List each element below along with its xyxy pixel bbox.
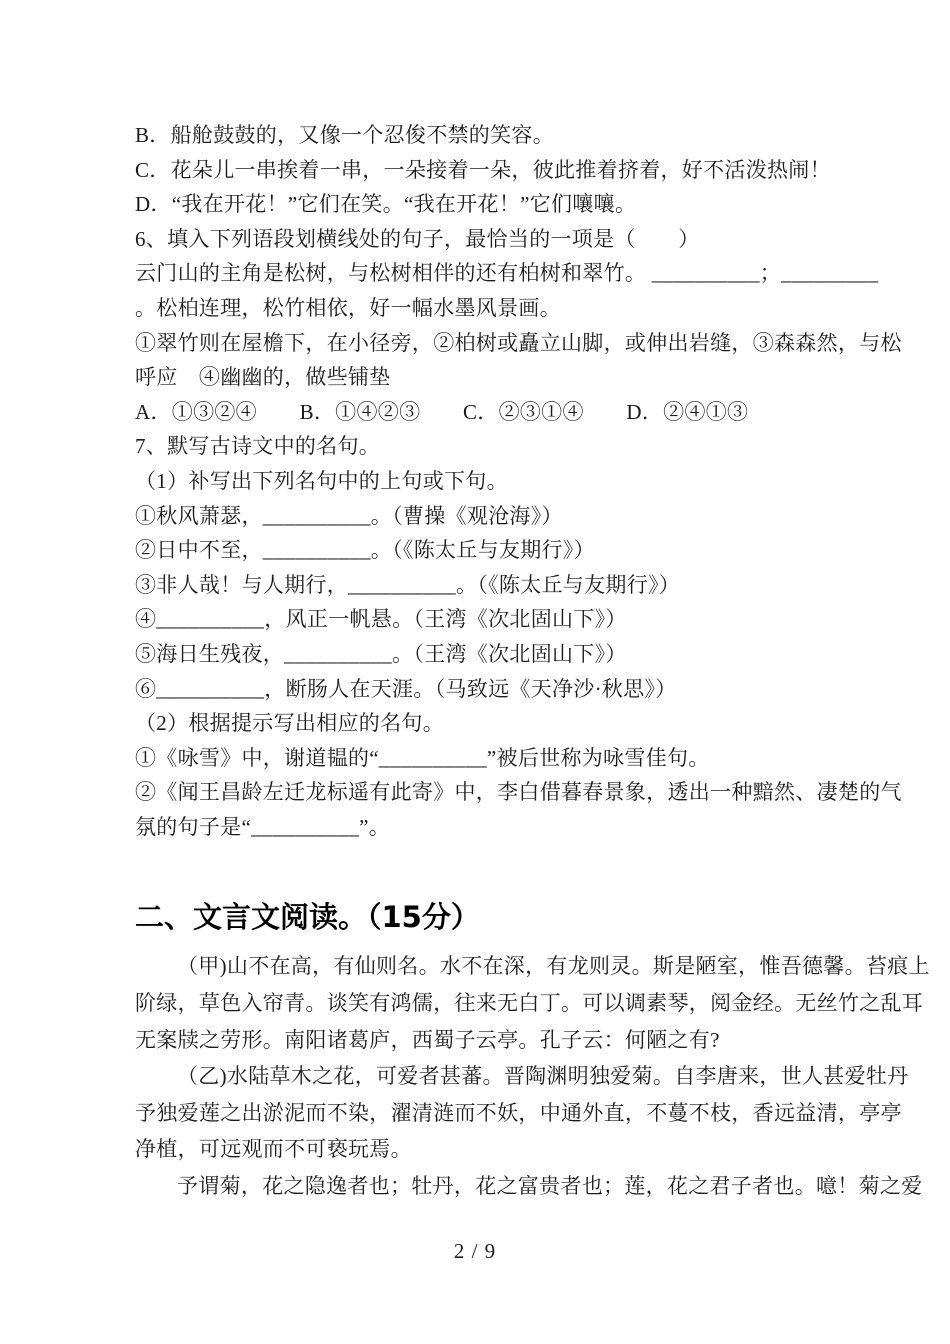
q6-passage-line: 。松柏连理，松竹相依，好一幅水墨风景画。 — [135, 291, 825, 326]
passage-jia-line: （甲)山不在高，有仙则名。水不在深，有龙则灵。斯是陋室，惟吾德馨。苔痕上 — [135, 948, 825, 985]
q7-part2-line: ①《咏雪》中，谢道韫的“__________”被后世称为咏雪佳句。 — [135, 741, 825, 776]
q6-stem: 6、填入下列语段划横线处的句子，最恰当的一项是（ ） — [135, 222, 825, 257]
exam-document-page: B．船舱鼓鼓的，又像一个忍俊不禁的笑容。 C．花朵儿一串挨着一串，一朵接着一朵，… — [0, 0, 950, 1344]
q7-part2-line: 氛的句子是“__________”。 — [135, 810, 825, 845]
q7-part2-title: （2）根据提示写出相应的名句。 — [135, 706, 825, 741]
passage-yi-line: （乙)水陆草木之花，可爱者甚蕃。晋陶渊明独爱菊。自李唐来，世人甚爱牡丹 — [135, 1058, 825, 1095]
page-number: 2 / 9 — [0, 1238, 950, 1264]
q7-part2-line: ②《闻王昌龄左迁龙标遥有此寄》中，李白借暮春景象，透出一种黯然、凄楚的气 — [135, 775, 825, 810]
passage-jia-line: 无案牍之劳形。南阳诸葛庐，西蜀子云亭。孔子云：何陋之有? — [135, 1022, 825, 1059]
section-gap — [135, 844, 825, 894]
document-content: B．船舱鼓鼓的，又像一个忍俊不禁的笑容。 C．花朵儿一串挨着一串，一朵接着一朵，… — [135, 118, 825, 1205]
passage-yi-line: 予谓菊，花之隐逸者也；牡丹，花之富贵者也；莲，花之君子者也。噫！菊之爱 — [135, 1168, 825, 1205]
q7-part1-item: ②日中不至，__________。（《陈太丘与友期行》） — [135, 533, 825, 568]
heading-gap — [135, 940, 825, 948]
q6-choices: A．①③②④ B．①④②③ C．②③①④ D．②④①③ — [135, 395, 825, 430]
q7-part1-item: ④__________，风正一帆悬。（王湾《次北固山下》） — [135, 602, 825, 637]
q6-passage-line: 云门山的主角是松树，与松树相伴的还有柏树和翠竹。 __________；____… — [135, 256, 825, 291]
q7-part1-item: ①秋风萧瑟，__________。（曹操《观沧海》） — [135, 499, 825, 534]
q7-part1-title: （1）补写出下列名句中的上句或下句。 — [135, 464, 825, 499]
q5-option-c: C．花朵儿一串挨着一串，一朵接着一朵，彼此推着挤着，好不活泼热闹！ — [135, 153, 825, 188]
section2-heading: 二、文言文阅读。（15分） — [135, 894, 825, 940]
passage-yi-line: 予独爱莲之出淤泥而不染，濯清涟而不妖，中通外直，不蔓不枝，香远益清，亭亭 — [135, 1095, 825, 1132]
q5-option-d: D．“我在开花！”它们在笑。“我在开花！”它们嚷嚷。 — [135, 187, 825, 222]
passage-jia-line: 阶绿，草色入帘青。谈笑有鸿儒，往来无白丁。可以调素琴，阅金经。无丝竹之乱耳 — [135, 985, 825, 1022]
q7-title: 7、默写古诗文中的名句。 — [135, 429, 825, 464]
q6-passage-line: 呼应 ④幽幽的，做些铺垫 — [135, 360, 825, 395]
q7-part1-item: ③非人哉！与人期行，__________。（《陈太丘与友期行》） — [135, 568, 825, 603]
q7-part1-item: ⑥__________，断肠人在天涯。（马致远《天净沙·秋思》） — [135, 672, 825, 707]
passage-yi-line: 净植，可远观而不可亵玩焉。 — [135, 1131, 825, 1168]
q7-part1-item: ⑤海日生残夜，__________。（王湾《次北固山下》） — [135, 637, 825, 672]
q5-option-b: B．船舱鼓鼓的，又像一个忍俊不禁的笑容。 — [135, 118, 825, 153]
q6-passage-line: ①翠竹则在屋檐下，在小径旁，②柏树或矗立山脚，或伸出岩缝，③森森然，与松 — [135, 326, 825, 361]
